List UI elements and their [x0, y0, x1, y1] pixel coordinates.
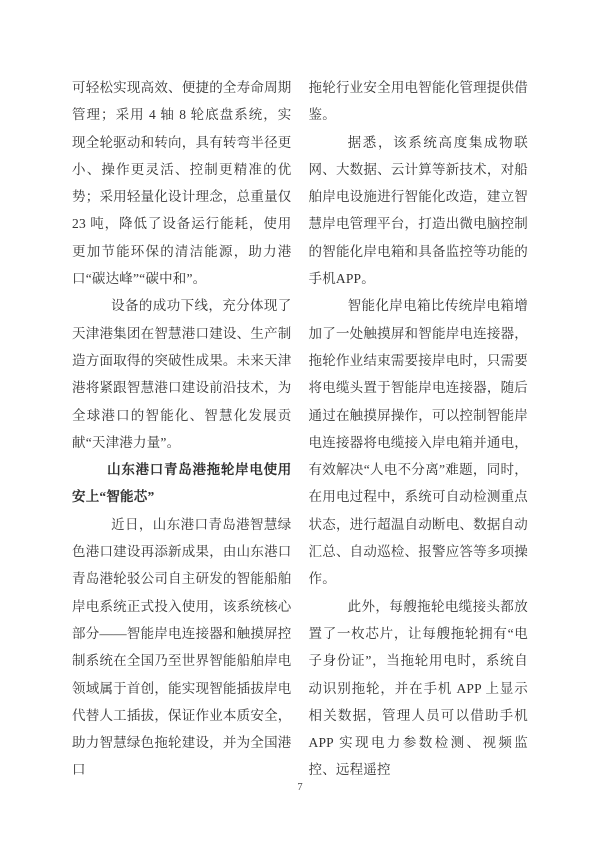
left-column: 可轻松实现高效、便捷的全寿命周期管理；采用 4 轴 8 轮底盘系统，实现全轮驱动… — [72, 74, 292, 784]
paragraph: 设备的成功下线，充分体现了天津港集团在智慧港口建设、生产制造方面取得的突破性成果… — [72, 292, 292, 456]
right-column: 拖轮行业安全用电智能化管理提供借鉴。 据悉，该系统高度集成物联网、大数据、云计算… — [309, 74, 529, 784]
section-heading: 山东港口青岛港拖轮岸电使用安上“智能芯” — [72, 456, 292, 511]
paragraph: 近日，山东港口青岛港智慧绿色港口建设再添新成果，由山东港口青岛港轮驳公司自主研发… — [72, 511, 292, 784]
paragraph: 据悉，该系统高度集成物联网、大数据、云计算等新技术，对船舶岸电设施进行智能化改造… — [309, 129, 529, 293]
paragraph: 智能化岸电箱比传统岸电箱增加了一处触摸屏和智能岸电连接器，拖轮作业结束需要接岸电… — [309, 292, 529, 592]
paragraph-continued: 拖轮行业安全用电智能化管理提供借鉴。 — [309, 74, 529, 129]
two-column-text-area: 可轻松实现高效、便捷的全寿命周期管理；采用 4 轴 8 轮底盘系统，实现全轮驱动… — [72, 74, 528, 784]
page-number: 7 — [0, 782, 600, 794]
paragraph-continued: 可轻松实现高效、便捷的全寿命周期管理；采用 4 轴 8 轮底盘系统，实现全轮驱动… — [72, 74, 292, 292]
paragraph: 此外，每艘拖轮电缆接头都放置了一枚芯片，让每艘拖轮拥有“电子身份证”，当拖轮用电… — [309, 593, 529, 784]
document-page: 可轻松实现高效、便捷的全寿命周期管理；采用 4 轴 8 轮底盘系统，实现全轮驱动… — [0, 0, 600, 848]
